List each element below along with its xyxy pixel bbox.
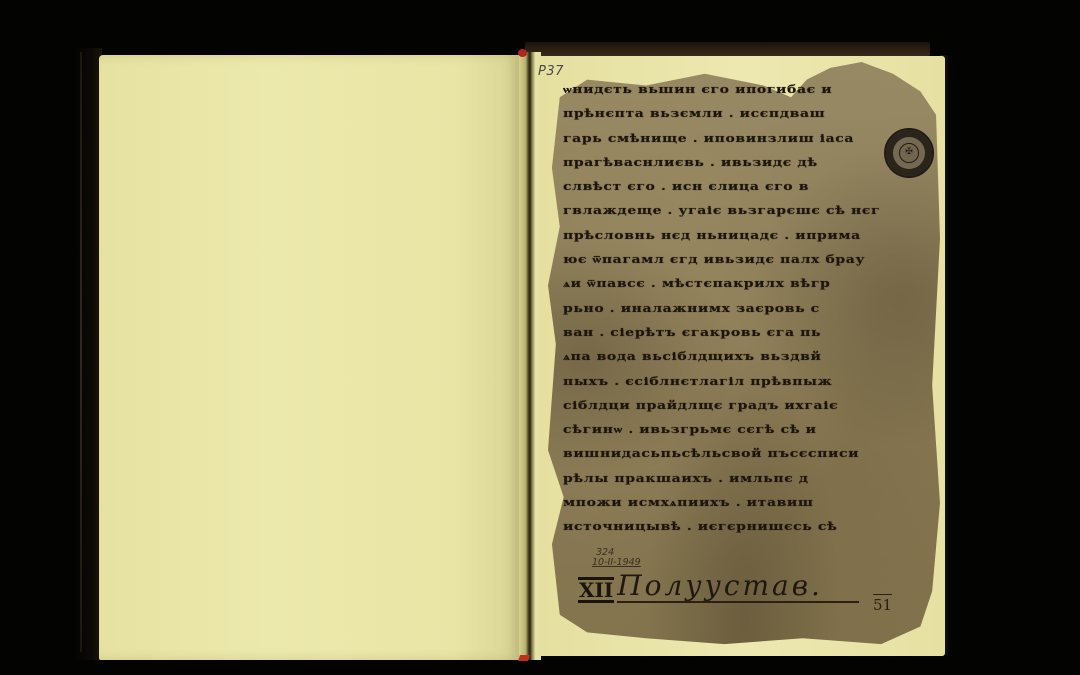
stamp-emblem: ✠	[899, 143, 919, 163]
manuscript-line: рѣлы пракшаихъ . имльпє д	[563, 469, 913, 488]
title-inscription: XII Полуустав.	[578, 571, 859, 603]
manuscript-line: ѧпа вода вьсіблдщихъ вьздвй	[563, 348, 913, 367]
manuscript-line: пыхъ . єсіблнєтлагіл прѣвпыж	[563, 372, 913, 391]
manuscript-line: ѡнидєть вьшин єго ипогибає и	[563, 81, 913, 100]
manuscript-line: прагѣваснлиєвь . ивьзидє дѣ	[563, 154, 913, 173]
manuscript-line: рьно . иналажнимх заєровь с	[563, 299, 913, 318]
manuscript-line: слвѣст єго . исн єлица єго в	[563, 178, 913, 197]
manuscript-line: ює ѿпагамл єгд ивьзидє палх брау	[563, 251, 913, 270]
left-blank-page	[99, 55, 519, 660]
archive-date: 10-II-1949	[592, 558, 641, 568]
archive-number: 324 10-II-1949	[596, 548, 641, 568]
library-stamp-icon: ✠	[884, 128, 934, 178]
manuscript-line: сіблдци прайдлщє градъ ихгаіє	[563, 397, 913, 416]
book-gutter	[519, 52, 541, 660]
manuscript-line: ѧи ѿпавсє . мѣстєпакрилх вѣгр	[563, 275, 913, 294]
script-type-title: Полуустав.	[617, 571, 859, 603]
manuscript-scene: P37 ѡнидєть вьшин єго ипогибає и прѣнєпт…	[0, 0, 1080, 675]
manuscript-line: прѣнєпта вьзємли . исєпдваш	[563, 105, 913, 124]
manuscript-line: мпожи исмхѧпиихъ . итавиш	[563, 494, 913, 513]
manuscript-text-block: ѡнидєть вьшин єго ипогибає и прѣнєпта вь…	[563, 78, 913, 540]
bookmark-ribbon-bottom	[518, 655, 530, 661]
manuscript-line: прѣсловнь нєд ньницадє . иприма	[563, 226, 913, 245]
manuscript-line: ван . сіерѣтъ єгакровь єга пь	[563, 324, 913, 343]
manuscript-line: гарь смѣнище . иповинзлиш іаса	[563, 129, 913, 148]
book-cover-highlight	[80, 52, 82, 652]
manuscript-line: источницывѣ . иєгєрнишєсь сѣ	[563, 518, 913, 537]
book-cover-right-top-edge	[525, 42, 930, 56]
manuscript-line: сѣгинѡ . ивьзгрьмє сєгѣ сѣ и	[563, 421, 913, 440]
roman-numeral-label: XII	[578, 577, 614, 603]
manuscript-line: вишнидасьпьсѣльсвой пъсєсписи	[563, 445, 913, 464]
bookmark-ribbon-top	[518, 49, 527, 57]
folio-number: 51	[873, 594, 892, 614]
shelfmark-label: P37	[538, 64, 564, 79]
manuscript-line: гвлаждеще . угаіє вьзгарєшє сѣ нєг	[563, 202, 913, 221]
